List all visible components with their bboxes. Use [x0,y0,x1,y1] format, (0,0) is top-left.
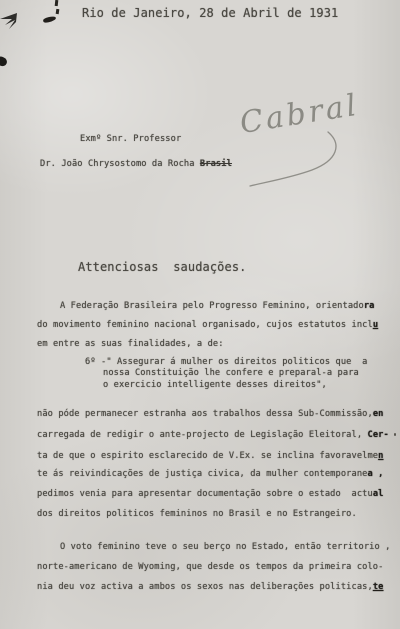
struck-out-word: Brasil [200,159,232,169]
overtyped-text: en [373,409,384,419]
overtyped-text: Cer- [367,430,388,440]
paragraph3-line2: norte-americano de Wyoming, que desde os… [37,562,383,573]
overtyped-text: u [373,320,378,330]
paragraph1-line1: A Federação Brasileira pelo Progresso Fe… [60,301,375,312]
paragraph2-line2: carregada de redigir o ante-projecto de … [37,430,389,441]
paragraph1-line3: em entre as suas finalidades, a de: [37,339,224,350]
ink-smudge-mark [43,15,57,23]
overtyped-text: al [373,489,384,499]
overtyped-text: a , [367,469,383,479]
recipient-title-text: Exmº Snr. Professor [80,134,181,144]
date-text: Rio de Janeiro, 28 de Abril de 1931 [82,6,338,20]
quote-line1: 6º -" Assegurar á mulher os direitos pol… [85,357,368,368]
handwriting-flourish [230,100,400,200]
scanned-letter-page: Rio de Janeiro, 28 de Abril de 1931 Cabr… [0,0,400,629]
recipient-name-text: Dr. João Chrysostomo da Rocha [40,159,200,169]
overtyped-text: n [378,451,383,461]
ink-blot-mark [0,10,18,30]
paragraph1-line2: do movimento feminino nacional organisad… [37,320,378,331]
salutation-text: Attenciosas saudações. [78,260,246,274]
quote-line3: o exercicio intelligente desses direitos… [103,380,327,391]
paragraph3-line1: O voto feminino teve o seu berço no Esta… [60,542,390,553]
overtyped-text: ra [364,301,375,311]
paragraph2-line1: não póde permanecer estranha aos trabalh… [37,409,383,420]
recipient-line-1: Exmº Snr. Professor [80,134,181,145]
paragraph2-line5: pedimos venia para apresentar documentaç… [37,489,383,500]
stray-dash-mark [56,9,59,14]
overtyped-text: te [373,582,384,592]
paragraph2-line6: dos direitos politicos femininos no Bras… [37,509,357,520]
paragraph3-line3: nia deu voz activa a ambos os sexos nas … [37,582,383,593]
date-line: Rio de Janeiro, 28 de Abril de 1931 [82,6,338,20]
paragraph2-line3: ta de que o espirito esclarecido de V.Ex… [37,451,383,462]
stray-dot-mark [394,433,396,436]
quote-line2: nossa Constituição lhe confere e prepara… [103,368,359,379]
paragraph2-line4: te ás reivindicações de justiça civica, … [37,469,383,480]
recipient-line-2: Dr. João Chrysostomo da Rocha Brasil [40,159,232,170]
stray-dash-mark [55,0,58,6]
ink-blot-mark [0,56,8,68]
salutation-line: Attenciosas saudações. [78,260,246,274]
